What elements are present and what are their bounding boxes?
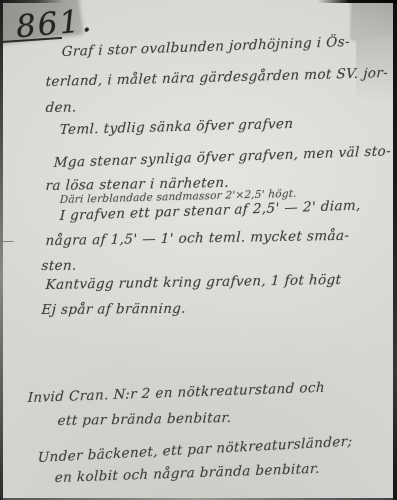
handwritten-line: den. bbox=[45, 99, 77, 116]
handwritten-line: terland, i målet nära gärdesgården mot S… bbox=[45, 65, 388, 90]
mount-corner-patch-top-right bbox=[352, 0, 397, 38]
handwritten-line: Teml. tydlig sänka öfver grafven bbox=[59, 116, 293, 138]
handwritten-line: ett par brända benbitar. bbox=[57, 410, 232, 429]
photo-edge-left bbox=[0, 0, 3, 500]
photo-edge-top bbox=[0, 0, 397, 3]
handwritten-line: Invid Cran. N:r 2 en nötkreaturstand och bbox=[27, 380, 325, 406]
handwritten-line: Kantvägg rundt kring grafven, 1 fot högt bbox=[45, 272, 342, 293]
margin-dash-mark: — bbox=[2, 234, 14, 248]
scanned-document-page: 861. Graf i stor ovalbunden jordhöjning … bbox=[0, 0, 397, 500]
handwritten-line: sten. bbox=[41, 258, 77, 274]
handwritten-line: Graf i stor ovalbunden jordhöjning i Ös- bbox=[61, 34, 350, 60]
handwritten-line: Mga stenar synliga öfver grafven, men vä… bbox=[53, 143, 391, 171]
handwritten-line: en kolbit och några brända benbitar. bbox=[54, 461, 320, 486]
handwritten-line: några af 1,5' — 1' och teml. mycket småa… bbox=[45, 228, 350, 249]
photo-edge-right bbox=[393, 0, 397, 500]
handwritten-line: Ej spår af bränning. bbox=[41, 301, 186, 318]
